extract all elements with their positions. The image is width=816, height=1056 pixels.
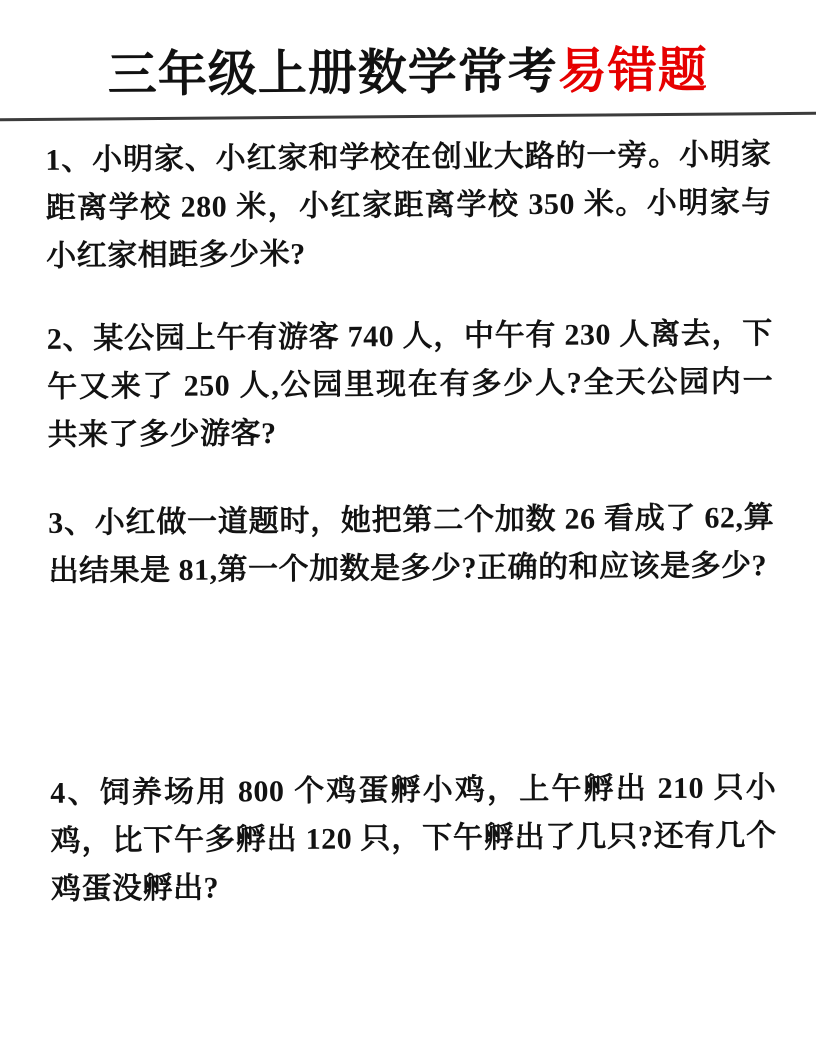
question-3: 3、小红做一道题时，她把第二个加数 26 看成了 62,算出结果是 81,第一个… — [48, 494, 775, 596]
worksheet-page: 三年级上册数学常考易错题 1、小明家、小红家和学校在创业大路的一旁。小明家距离学… — [0, 0, 816, 1056]
page-title-main: 三年级上册数学常考 — [107, 44, 557, 103]
title-divider — [0, 112, 816, 122]
question-4: 4、饲养场用 800 个鸡蛋孵小鸡，上午孵出 210 只小鸡，比下午多孵出 12… — [50, 764, 777, 914]
question-2: 2、某公园上午有游客 740 人，中午有 230 人离去，下午又来了 250 人… — [47, 310, 774, 460]
question-1: 1、小明家、小红家和学校在创业大路的一旁。小明家距离学校 280 米，小红家距离… — [45, 131, 772, 281]
question-list: 1、小明家、小红家和学校在创业大路的一旁。小明家距离学校 280 米，小红家距离… — [0, 0, 815, 3]
page-title-highlight: 易错题 — [557, 43, 707, 99]
page-title: 三年级上册数学常考易错题 — [0, 41, 816, 105]
